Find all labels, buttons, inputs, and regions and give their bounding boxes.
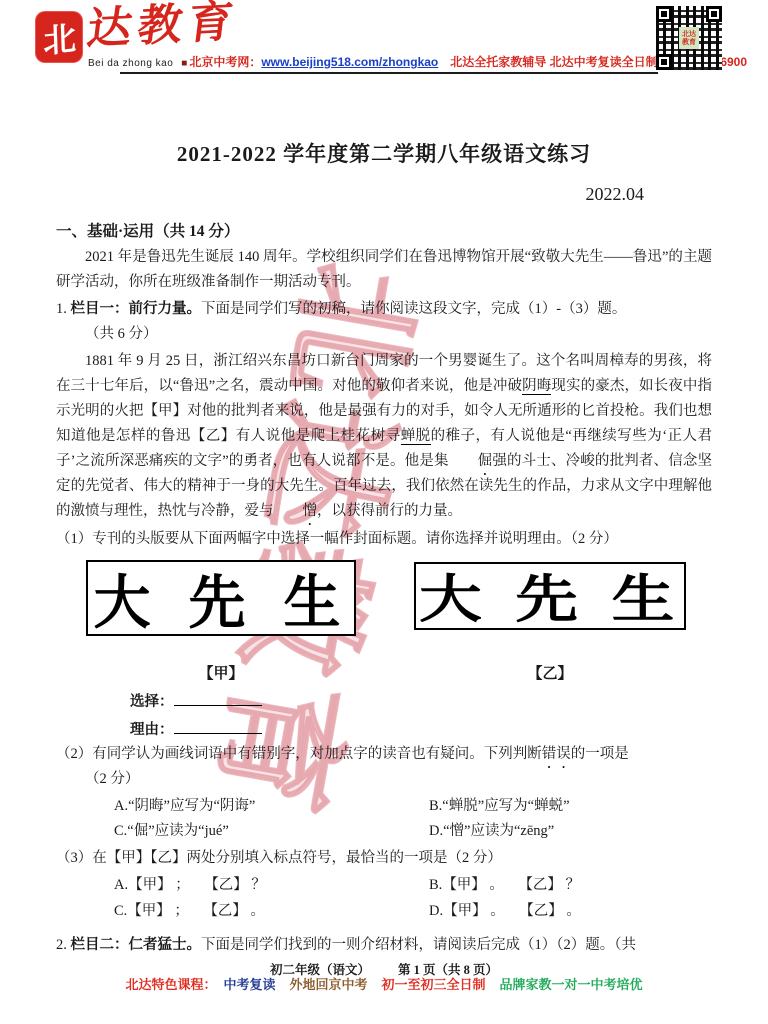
choose-label: 选择： (130, 694, 174, 710)
option-a: A.“阴晦”应写为“阴诲” (114, 794, 429, 818)
option-a: A.【甲】 ； 【乙】 ？ (114, 873, 429, 898)
sub3-options: A.【甲】 ； 【乙】 ？ B.【甲】 。 【乙】 ？ C.【甲】 ； 【乙】 … (114, 873, 712, 924)
sub2-stem-post: 的一项是 (571, 746, 629, 762)
label-yi: 【乙】 (414, 662, 686, 683)
course-item: 外地回京中考 (289, 977, 367, 992)
header-divider (120, 72, 658, 74)
passage-dotted-char: 憎 (274, 503, 318, 519)
option-d: D.【甲】 。 【乙】 。 (429, 899, 712, 924)
q2-number: 2. (56, 937, 71, 953)
calligraphy-image-yi: 大先生 (414, 562, 686, 630)
course-bar-label: 北达特色课程： (125, 977, 216, 992)
header: 北 达教育 Bei da zhong kao■北京中考网：www.beijing… (0, 0, 768, 86)
services-text: 北达全托家教辅导 北达中考复读全日制： (450, 55, 669, 69)
sub-question3-stem: （3）在【甲】【乙】两处分别填入标点符号，最恰当的一项是（2 分） (56, 846, 712, 871)
q1-score: （共 6 分） (56, 322, 712, 347)
qr-finder-icon (706, 6, 722, 22)
section-heading: 一、基础·运用（共 14 分） (56, 219, 712, 241)
reason-label: 理由： (130, 722, 174, 738)
reason-line: 理由： (130, 718, 712, 739)
reading-passage: 1881 年 9 月 25 日，浙江绍兴东昌坊口新台门周家的一个男婴诞生了。这个… (56, 349, 712, 524)
brand-pinyin: Bei da zhong kao (88, 58, 173, 69)
exam-page: 2021-2022 学年度第二学期八年级语文练习 2022.04 一、基础·运用… (0, 86, 768, 978)
course-item: 初一至初三全日制 (382, 977, 486, 992)
q1-instructions: 下面是同学们写的初稿，请你阅读这段文字，完成（1）-（3）题。 (201, 301, 626, 317)
option-b: B.“蝉脱”应写为“蝉蜕” (429, 794, 712, 818)
course-item: 中考复读 (223, 977, 275, 992)
sub-question2-stem: （2）有同学认为画线词语中有错别字，对加点字的读音也有疑问。下列判断错误的一项是… (56, 742, 712, 792)
sub2-stem-pre: （2）有同学认为画线词语中有错别字，对加点字的读音也有疑问。下列判断 (56, 746, 542, 762)
course-bar: 北达特色课程：中考复读外地回京中考初一至初三全日制品牌家教一对一中考培优 (0, 974, 768, 993)
calligraphy-text-jia: 大先生 (64, 556, 379, 640)
q2-column-title: 栏目二：仁者猛士。 (71, 937, 202, 953)
q1-number: 1. (56, 301, 71, 317)
brand-text: 达教育 (84, 0, 242, 56)
calligraphy-images: 大先生 大先生 (86, 560, 712, 636)
reason-answer-blank (174, 719, 262, 734)
square-bullet-icon: ■ (181, 58, 187, 69)
beida-logo-seal: 北 (36, 12, 82, 62)
option-b: B.【甲】 。 【乙】 ？ (429, 873, 712, 898)
page: { "header": { "logo_char": "北", "brand":… (0, 0, 768, 1024)
passage-segment: ，以获得前行的力量。 (317, 503, 462, 519)
sub2-score: （2 分） (56, 767, 712, 792)
course-item: 品牌家教一对一中考培优 (500, 977, 643, 992)
calligraphy-text-yi: 大先生 (392, 559, 708, 633)
q1-column-title: 栏目一：前行力量。 (71, 301, 202, 317)
choose-line: 选择： (130, 690, 712, 711)
choose-answer-blank (174, 691, 262, 706)
option-c: C.【甲】 ； 【乙】 。 (114, 899, 429, 924)
site-label: 北京中考网： (189, 55, 261, 69)
exam-date: 2022.04 (56, 184, 712, 205)
question2-lead: 2. 栏目二：仁者猛士。下面是同学们找到的一则介绍材料，请阅读后完成（1）（2）… (56, 933, 712, 958)
passage-underlined-word: 阴晦 (522, 378, 551, 395)
option-c: C.“倔”应读为“jué” (114, 819, 429, 843)
header-info-line: Bei da zhong kao■北京中考网：www.beijing518.co… (88, 53, 747, 70)
passage-dotted-char: 倔 (449, 453, 493, 469)
qr-finder-icon (656, 6, 672, 22)
qr-finder-icon (656, 54, 672, 70)
sub2-options: A.“阴晦”应写为“阴诲” B.“蝉脱”应写为“蝉蜕” C.“倔”应读为“jué… (114, 794, 712, 843)
sub2-dotted-word: 错误 (542, 746, 571, 762)
calligraphy-image-jia: 大先生 (86, 560, 356, 636)
logo-character: 北 (42, 12, 76, 63)
q2-instructions: 下面是同学们找到的一则介绍材料，请阅读后完成（1）（2）题。（共 (201, 937, 636, 953)
passage-underlined-word: 蝉脱 (401, 428, 431, 445)
question1-lead: 1. 栏目一：前行力量。下面是同学们写的初稿，请你阅读这段文字，完成（1）-（3… (56, 297, 712, 347)
intro-paragraph: 2021 年是鲁迅先生诞辰 140 周年。学校组织同学们在鲁迅博物馆开展“致敬大… (56, 245, 712, 295)
qr-code: 北达教育 (656, 6, 722, 70)
qr-center-label: 北达教育 (679, 27, 699, 49)
sub-question1-stem: （1）专刊的头版要从下面两幅字中选择一幅作封面标题。请你选择并说明理由。（2 分… (56, 527, 712, 552)
exam-title: 2021-2022 学年度第二学期八年级语文练习 (56, 138, 712, 168)
option-d: D.“憎”应读为“zēng” (429, 819, 712, 843)
site-url-link[interactable]: www.beijing518.com/zhongkao (261, 55, 438, 69)
calligraphy-labels: 【甲】 【乙】 (86, 662, 712, 683)
label-jia: 【甲】 (86, 662, 356, 683)
